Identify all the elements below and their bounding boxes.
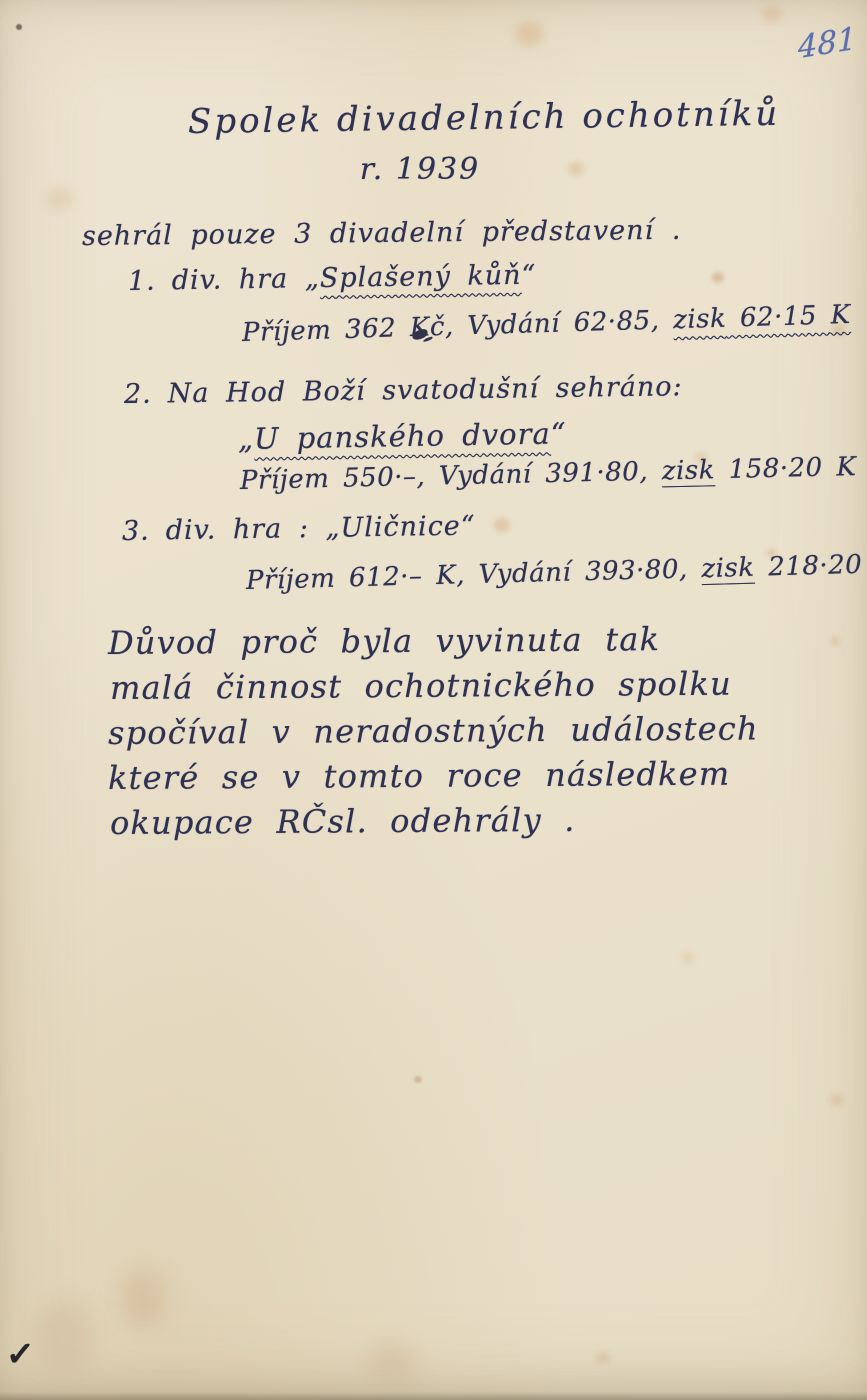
item-prefix: „ [238, 422, 255, 456]
foxing-spot [712, 272, 724, 283]
chronicle-page: 481 Spolek divadelních ochotníků r. 1939… [0, 0, 867, 1400]
performance-2-occasion-line: 2.Na Hod Boží svatodušní sehráno: [124, 371, 683, 410]
foxing-spot [682, 952, 694, 963]
stain [368, 1342, 416, 1382]
performance-3-title-line: 3.div. hra : „Uličnice“ [122, 510, 476, 547]
foxing-spot [494, 518, 510, 532]
play-title: U panského dvora [254, 417, 551, 456]
foxing-spot [48, 188, 72, 210]
intro-line: sehrál pouze 3 divadelní představení . [82, 215, 682, 252]
paragraph-line: malá činnost ochotnického spolku [110, 665, 732, 707]
foxing-spot [830, 636, 840, 646]
paragraph-line: okupace RČsl. odehrály . [110, 801, 576, 842]
stain [120, 1268, 166, 1328]
performance-1-finance-line: Příjem 362 Kč, Vydání 62·85, zisk 62·15 … [242, 300, 851, 348]
item-prefix: div. hra : „ [166, 513, 341, 547]
finance-text: Příjem 550·–, Vydání 391·80, [240, 456, 662, 496]
page-bottom-edge [0, 1392, 867, 1400]
page-title: Spolek divadelních ochotníků [188, 94, 775, 142]
occasion-text: Na Hod Boží svatodušní sehráno: [168, 371, 683, 409]
item-marker: 3. [122, 516, 150, 547]
profit-label: zisk [661, 455, 715, 486]
play-title: Splašený kůň [320, 260, 522, 294]
item-marker: 2. [124, 379, 152, 410]
stain [36, 1300, 92, 1370]
foxing-spot [762, 6, 782, 22]
finance-text: Příjem 612·– K, Vydání 393·80, [246, 554, 702, 596]
item-suffix: “ [521, 260, 536, 291]
play-title: Uličnice [340, 511, 461, 544]
page-number: 481 [798, 21, 857, 67]
item-suffix: “ [550, 416, 566, 450]
profit-label: zisk [701, 553, 755, 584]
performance-3-finance-line: Příjem 612·– K, Vydání 393·80, zisk 218·… [246, 549, 867, 596]
profit-value: 158·20 K [715, 452, 857, 485]
year-line: r. 1939 [320, 152, 520, 187]
foxing-spot [596, 1352, 610, 1364]
speck [16, 24, 22, 30]
performance-2-finance-line: Příjem 550·–, Vydání 391·80, zisk 158·20… [240, 452, 857, 496]
foxing-spot [568, 162, 584, 176]
item-prefix: div. hra „ [172, 263, 321, 296]
paragraph-line: které se v tomto roce následkem [108, 755, 731, 797]
finance-text: Příjem 362 Kč, Vydání 62·85, [242, 305, 674, 348]
performance-1-title-line: 1.div. hra „Splašený kůň“ [128, 260, 537, 297]
profit-label: zisk [673, 304, 727, 336]
paragraph-line: Důvod proč byla vyvinuta tak [108, 620, 660, 662]
item-suffix: “ [461, 510, 476, 541]
foxing-spot [515, 22, 543, 46]
profit-value: 218·20 K [754, 549, 867, 583]
item-marker: 1. [128, 266, 156, 297]
foxing-spot [830, 1094, 843, 1106]
speck [414, 1076, 422, 1083]
performance-2-title-line: „U panského dvora“ [238, 416, 567, 456]
paragraph-line: spočíval v neradostných událostech [108, 709, 759, 752]
profit-value: 62·15 K [726, 300, 851, 334]
check-mark: ✓ [5, 1334, 35, 1375]
